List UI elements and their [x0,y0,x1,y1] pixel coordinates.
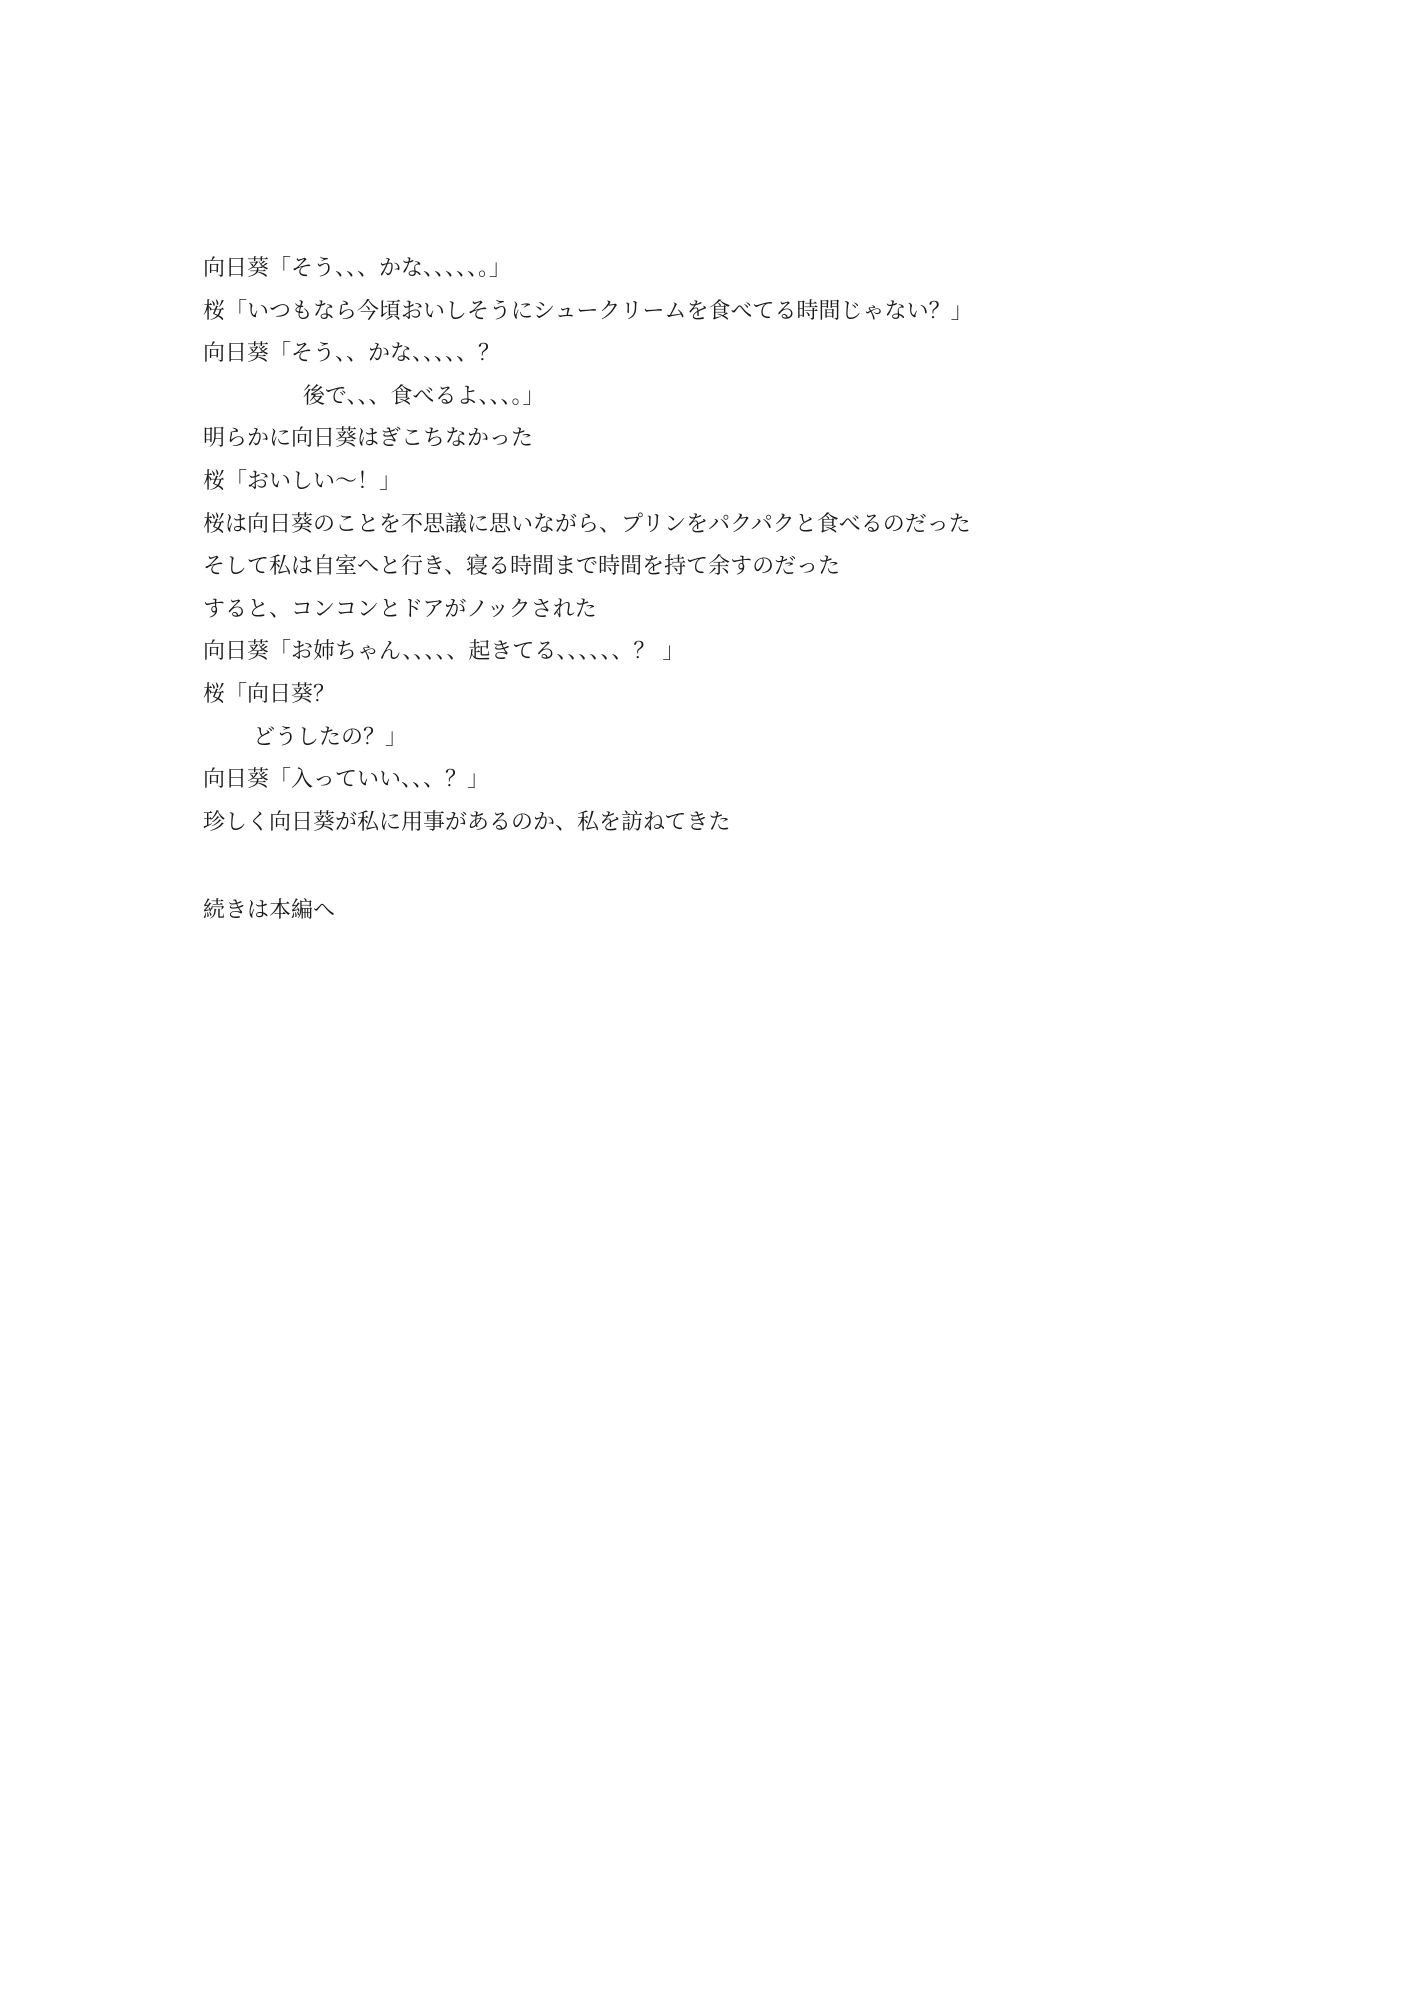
story-line: 向日葵「お姉ちゃん、、、、、起きてる、、、、、、？ 」 [203,631,1203,674]
story-line-indented: 後で、、、食べるよ、、、。」 [203,376,1203,419]
story-line: 向日葵「そう、、、かな、、、、、。」 [203,248,1203,291]
story-line: 明らかに向日葵はぎこちなかった [203,418,1203,461]
story-line: 桜「おいしい～！」 [203,461,1203,504]
story-line: 桜「いつもなら今頃おいしそうにシュークリームを食べてる時間じゃない？」 [203,291,1203,334]
story-line: そして私は自室へと行き、寝る時間まで時間を持て余すのだった [203,546,1203,589]
story-line: 向日葵「入っていい、、、？」 [203,759,1203,802]
closing-line: 続きは本編へ [203,890,1203,933]
story-line: 向日葵「そう、、かな、、、、、？ [203,333,1203,376]
story-line: 桜は向日葵のことを不思議に思いながら、プリンをパクパクと食べるのだった [203,504,1203,547]
story-line: 珍しく向日葵が私に用事があるのか、私を訪ねてきた [203,802,1203,845]
story-line-indented: どうしたの？」 [203,717,1203,760]
blank-line [203,844,1203,889]
story-text: 向日葵「そう、、、かな、、、、、。」 桜「いつもなら今頃おいしそうにシュークリー… [203,248,1203,932]
document-page: 向日葵「そう、、、かな、、、、、。」 桜「いつもなら今頃おいしそうにシュークリー… [0,0,1414,2000]
story-line: 桜「向日葵？ [203,674,1203,717]
story-line: すると、コンコンとドアがノックされた [203,589,1203,632]
